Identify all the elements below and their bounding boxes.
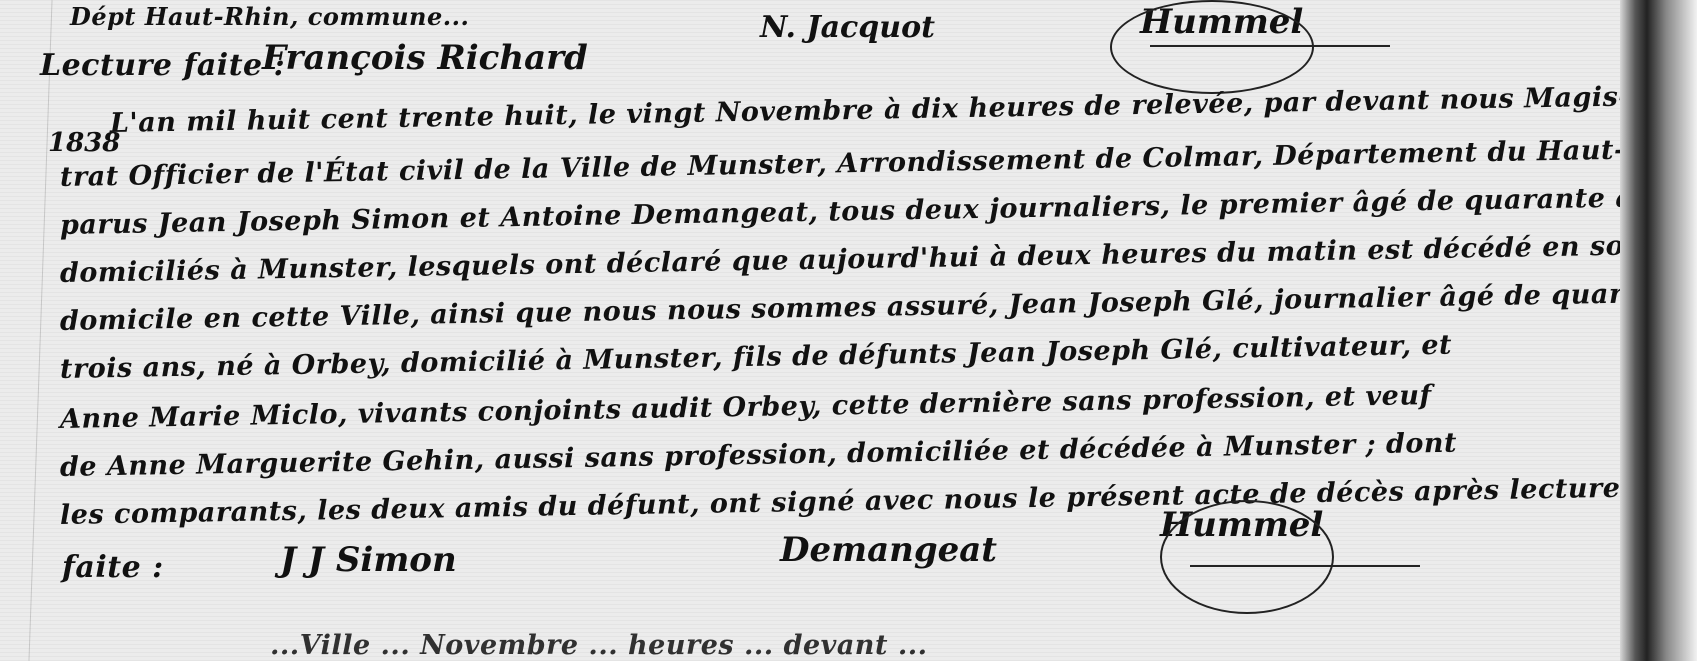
act-line-6: trois ans, né à Orbey, domicilié à Munst… — [60, 330, 1453, 385]
next-act-fragment: ...Ville ... Novembre ... heures ... dev… — [270, 630, 928, 661]
signature-demangeat: Demangeat — [780, 530, 997, 570]
reading-note: faite : — [62, 550, 164, 585]
signature-underline-bottom — [1190, 565, 1420, 567]
signature-simon: J J Simon — [280, 540, 457, 580]
act-line-2: trat Officier de l'État civil de la Vill… — [60, 130, 1697, 193]
act-line-1: L'an mil huit cent trente huit, le vingt… — [110, 81, 1631, 139]
act-line-3: parus Jean Joseph Simon et Antoine Deman… — [60, 181, 1697, 241]
act-line-9: les comparants, les deux amis du défunt,… — [60, 473, 1621, 531]
previous-reading-note: Lecture faite : — [40, 48, 285, 83]
signature-jacquot: N. Jacquot — [760, 10, 935, 45]
act-line-4: domiciliés à Munster, lesquels ont décla… — [60, 230, 1645, 289]
act-line-8: de Anne Marguerite Gehin, aussi sans pro… — [60, 428, 1457, 483]
margin-rule — [28, 0, 52, 661]
signature-flourish-bottom — [1160, 500, 1334, 614]
signature-underline — [1150, 45, 1390, 47]
signature-flourish — [1110, 0, 1314, 94]
header-fragment: Dépt Haut-Rhin, commune... — [70, 2, 469, 31]
act-line-7: Anne Marie Miclo, vivants conjoints audi… — [60, 380, 1432, 435]
register-page: Dépt Haut-Rhin, commune... Lecture faite… — [0, 0, 1630, 661]
act-line-5: domicile en cette Ville, ainsi que nous … — [60, 278, 1693, 337]
book-binding-edge — [1620, 0, 1697, 661]
signature-francois-richard: François Richard — [262, 38, 588, 78]
